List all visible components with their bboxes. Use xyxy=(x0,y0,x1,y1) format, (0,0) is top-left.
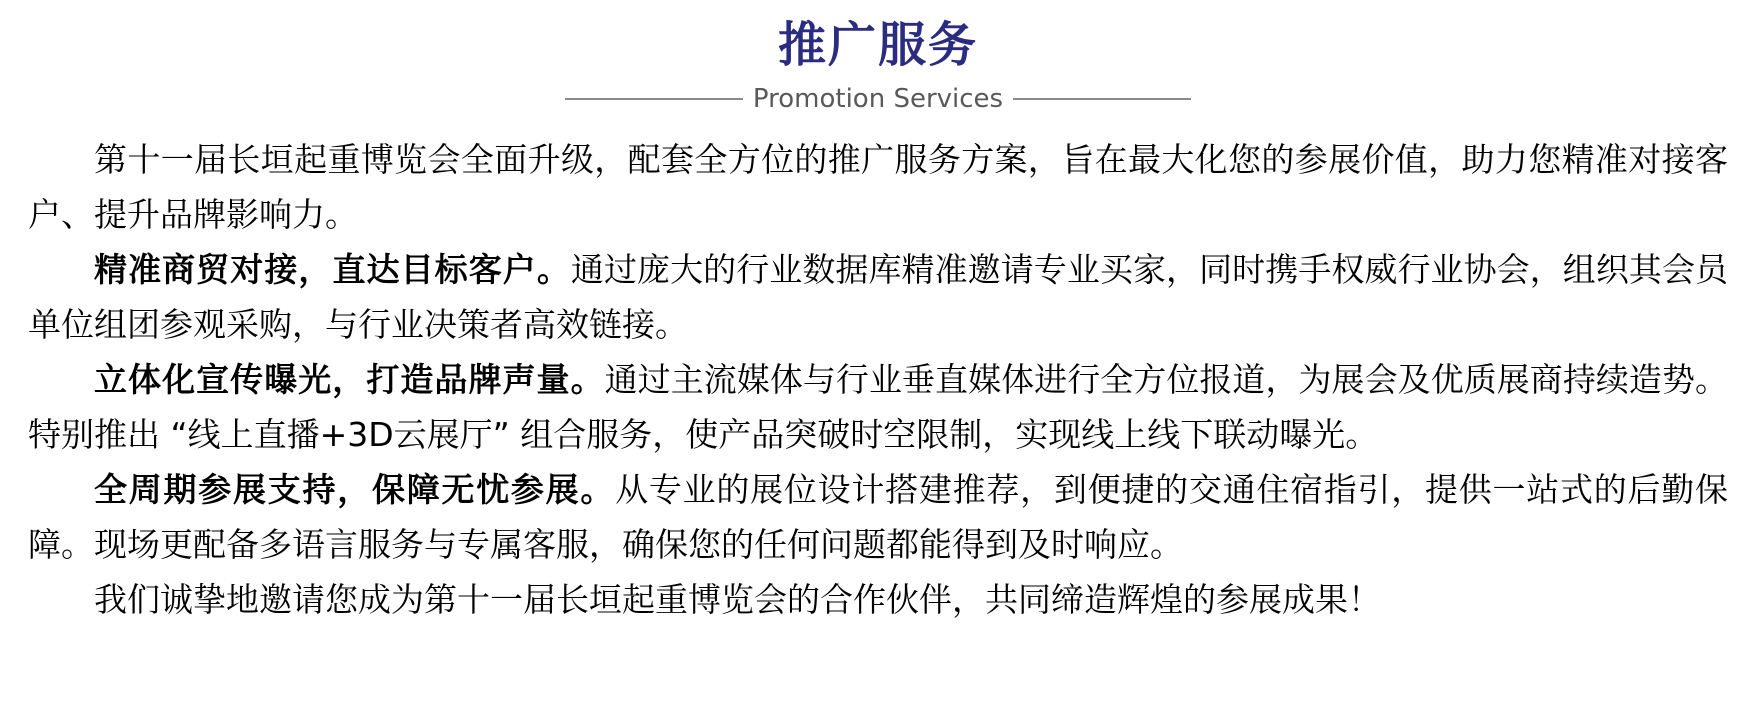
body-text: 第十一届长垣起重博览会全面升级，配套全方位的推广服务方案，旨在最大化您的参展价值… xyxy=(28,132,1728,627)
paragraph-trade-matching: 精准商贸对接，直达目标客户。通过庞大的行业数据库精准邀请专业买家，同时携手权威行… xyxy=(28,242,1728,352)
paragraph-trade-matching-lead: 精准商贸对接，直达目标客户。 xyxy=(94,250,571,289)
paragraph-intro-text: 第十一届长垣起重博览会全面升级，配套全方位的推广服务方案，旨在最大化您的参展价值… xyxy=(28,140,1728,234)
promotion-services-page: 推广服务 Promotion Services 第十一届长垣起重博览会全面升级，… xyxy=(0,0,1756,712)
paragraph-support: 全周期参展支持，保障无忧参展。从专业的展位设计搭建推荐，到便捷的交通住宿指引，提… xyxy=(28,462,1728,572)
paragraph-support-lead: 全周期参展支持，保障无忧参展。 xyxy=(94,470,615,509)
subtitle-divider-left xyxy=(565,98,743,100)
subtitle-divider-right xyxy=(1013,98,1191,100)
paragraph-invitation-text: 我们诚挚地邀请您成为第十一届长垣起重博览会的合作伙伴，共同缔造辉煌的参展成果！ xyxy=(94,580,1381,619)
paragraph-publicity-lead: 立体化宣传曝光，打造品牌声量。 xyxy=(94,360,605,399)
paragraph-intro: 第十一届长垣起重博览会全面升级，配套全方位的推广服务方案，旨在最大化您的参展价值… xyxy=(28,132,1728,242)
paragraph-publicity: 立体化宣传曝光，打造品牌声量。通过主流媒体与行业垂直媒体进行全方位报道，为展会及… xyxy=(28,352,1728,462)
paragraph-invitation: 我们诚挚地邀请您成为第十一届长垣起重博览会的合作伙伴，共同缔造辉煌的参展成果！ xyxy=(28,572,1728,627)
subtitle-row: Promotion Services xyxy=(28,84,1728,114)
page-title: 推广服务 xyxy=(28,14,1728,76)
page-subtitle: Promotion Services xyxy=(743,86,1013,112)
